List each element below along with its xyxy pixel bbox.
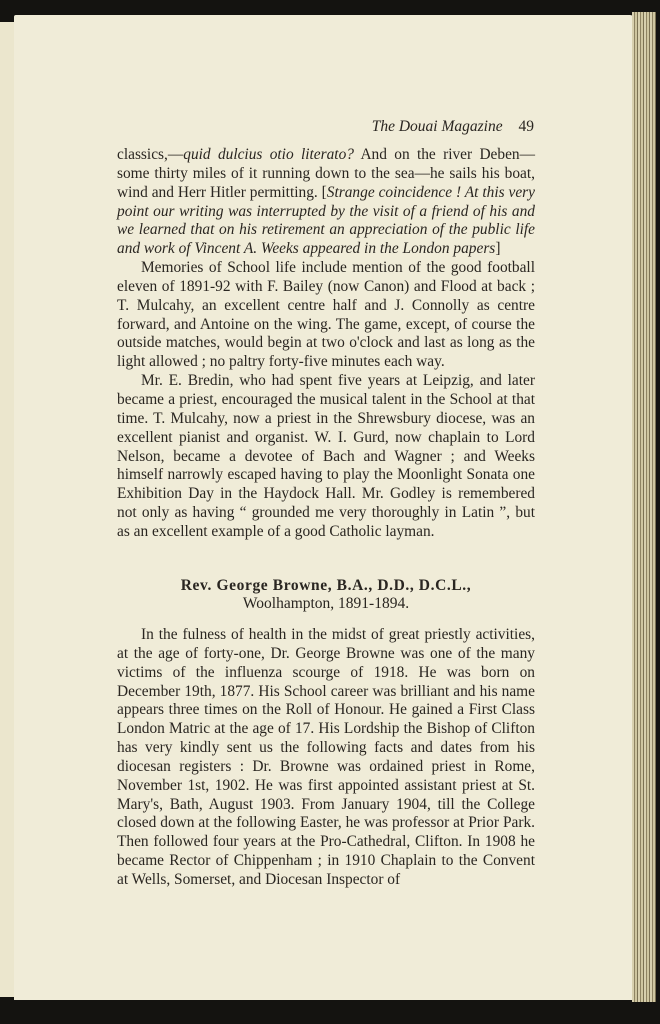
body-text-block-2: In the fulness of health in the midst of… <box>117 626 535 890</box>
body-text-block-1: classics,—quid dulcius otio literato? An… <box>117 146 535 542</box>
text-run: ] <box>495 240 500 257</box>
paragraph-music: Mr. E. Bredin, who had spent five years … <box>117 372 535 542</box>
page-stack-edges <box>632 12 656 1002</box>
paragraph-football: Memories of School life include mention … <box>117 259 535 372</box>
text-run: classics,— <box>117 146 183 163</box>
page-number: 49 <box>519 118 535 135</box>
running-header: The Douai Magazine 49 <box>372 118 534 136</box>
obituary-title: Rev. George Browne, B.A., D.D., D.C.L., <box>117 576 535 595</box>
section-heading: Rev. George Browne, B.A., D.D., D.C.L., … <box>117 576 535 613</box>
paragraph-browne: In the fulness of health in the midst of… <box>117 626 535 890</box>
paragraph-continuation: classics,—quid dulcius otio literato? An… <box>117 146 535 259</box>
obituary-subtitle: Woolhampton, 1891-1894. <box>117 595 535 613</box>
running-header-title: The Douai Magazine <box>372 118 503 135</box>
latin-quote: quid dulcius otio literato? <box>183 146 354 163</box>
